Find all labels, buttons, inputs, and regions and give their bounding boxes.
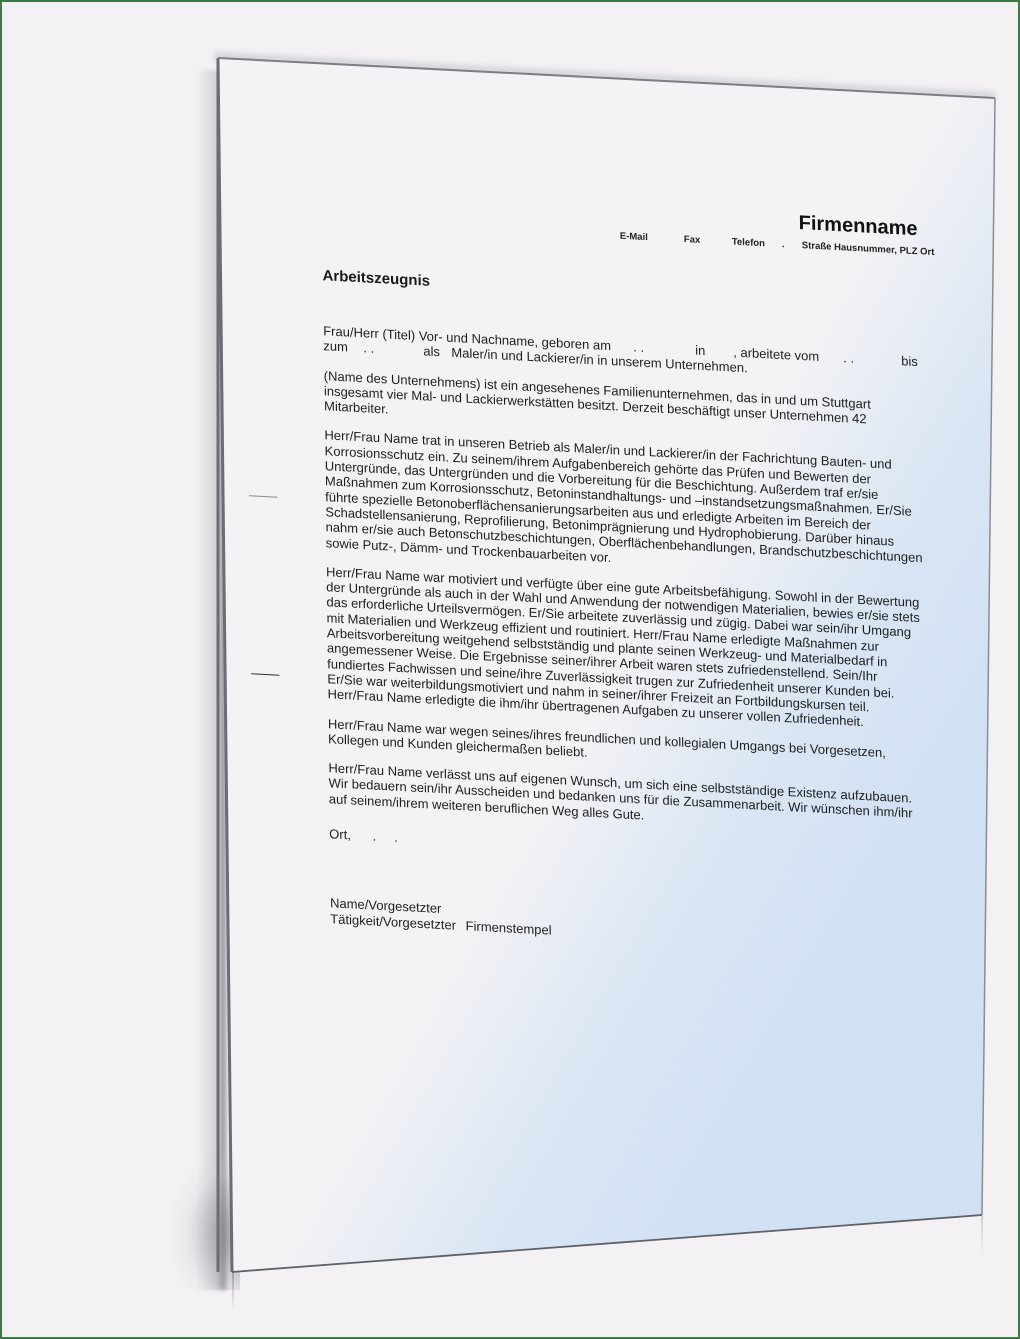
paragraph-duties: Herr/Frau Name trat in unseren Betrieb a…	[324, 428, 925, 582]
fold-mark	[249, 495, 277, 497]
intro-until: bis	[901, 353, 918, 369]
letter-page: Firmenname E-Mail Fax Telefon . Straße H…	[220, 60, 1004, 1290]
letter-body: Frau/Herr (Titel) Vor- und Nachname, geb…	[323, 323, 930, 957]
paragraph-performance: Herr/Frau Name war motiviert und verfügt…	[326, 564, 928, 733]
start-date-placeholder: . .	[843, 350, 854, 366]
email-label: E-Mail	[620, 231, 648, 243]
end-date-placeholder: . .	[363, 341, 374, 357]
intro-als: als	[423, 344, 440, 360]
signature-block: Name/Vorgesetzter Tätigkeit/Vorgesetzter…	[330, 896, 930, 958]
address: Straße Hausnummer, PLZ Ort	[802, 240, 935, 258]
intro-zum: zum	[323, 338, 348, 355]
intro-in: in	[695, 343, 705, 359]
place-date: Ort, . .	[329, 826, 929, 872]
punch-mark	[251, 673, 279, 675]
fax-label: Fax	[684, 234, 701, 246]
document-title: Arbeitszeugnis	[322, 267, 430, 290]
birth-date-placeholder: . .	[633, 339, 644, 355]
document-preview: Firmenname E-Mail Fax Telefon . Straße H…	[0, 0, 1020, 1339]
company-name: Firmenname	[799, 212, 918, 241]
contact-separator: .	[782, 239, 785, 250]
company-stamp: Firmenstempel	[466, 918, 552, 937]
phone-label: Telefon	[732, 237, 765, 250]
